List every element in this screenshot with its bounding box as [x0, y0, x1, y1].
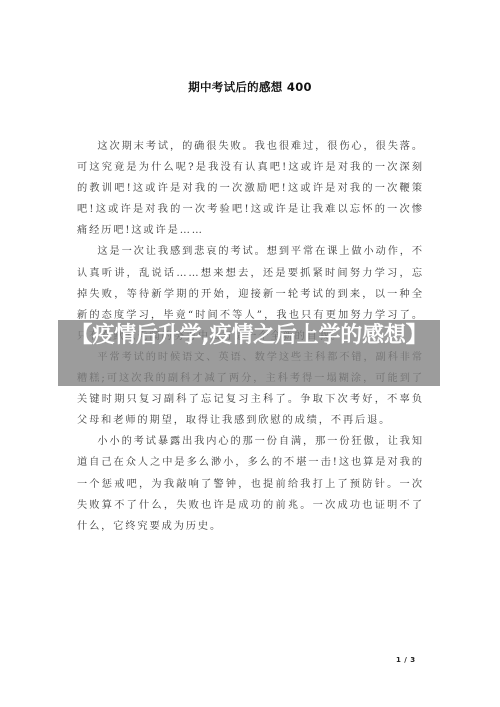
- paragraph-4: 小小的考试暴露出我内心的那一份自满，那一份狂傲，让我知道自己在众人之中是多么渺小…: [77, 431, 424, 536]
- page-number: 1 / 3: [396, 656, 416, 664]
- document-title: 期中考试后的感想 400: [0, 79, 500, 95]
- paragraph-1: 这次期末考试，的确很失败。我也很难过，很伤心，很失落。可这究竟是为什么呢?是我没…: [77, 136, 424, 241]
- overlay-title-banner: 【疫情后升学,疫情之后上学的感想】: [58, 320, 440, 386]
- banner-title: 【疫情后升学,疫情之后上学的感想】: [58, 323, 440, 349]
